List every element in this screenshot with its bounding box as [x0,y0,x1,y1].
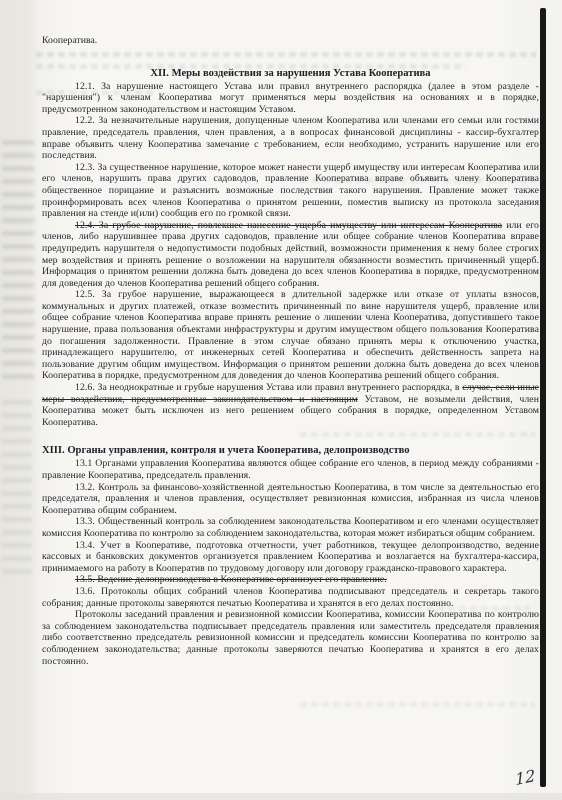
paragraph: 13.5. Ведение делопроизводства в Коопера… [42,574,539,586]
text-segment: 13.4. Учет в Кооперативе, подготовка отч… [42,540,539,574]
section-xiii: XIII. Органы управления, контроля и учет… [42,444,539,667]
text-segment: 12.3. За существенное нарушение, которое… [42,162,539,219]
text-segment: 12.5. За грубое нарушение, выражающееся … [42,289,539,381]
section-xii-heading: XII. Меры воздействия за нарушения Устав… [42,67,539,80]
text-segment: 13.1 Органами управления Кооператива явл… [42,458,539,481]
section-xiii-paragraphs: 13.1 Органами управления Кооператива явл… [42,458,539,667]
section-xiii-heading: XIII. Органы управления, контроля и учет… [42,444,539,457]
text-segment: 12.6. За неоднократные и грубые нарушени… [75,382,462,393]
paragraph: 13.3. Общественный контроль за соблюдени… [42,516,539,539]
struck-text-segment: 12.4. За грубое нарушение, повлекшее нан… [75,220,502,231]
paragraph: 12.6. За неоднократные и грубые нарушени… [42,382,539,428]
paragraph: 13.2. Контроль за финансово-хозяйственно… [42,482,539,517]
paragraph: 12.4. За грубое нарушение, повлекшее нан… [42,220,539,290]
scan-binding-line [540,8,546,787]
paragraph: 12.5. За грубое нарушение, выражающееся … [42,289,539,382]
text-segment: 12.2. За незначительные нарушения, допущ… [42,115,539,161]
paragraph: 13.4. Учет в Кооперативе, подготовка отч… [42,540,539,575]
continuation-text: Кооператива. [42,35,539,47]
page-content: Кооператива. XII. Меры воздействия за на… [42,0,539,667]
paragraph: 12.2. За незначительные нарушения, допущ… [42,115,539,161]
paragraph: 13.6. Протоколы общих собраний членов Ко… [42,586,539,609]
scanner-bed-edge [0,793,562,800]
text-segment: 13.3. Общественный контроль за соблюдени… [42,516,539,539]
bleedthrough-mark [300,702,535,707]
section-xii-paragraphs: 12.1. За нарушение настоящего Устава или… [42,81,539,429]
text-segment: 13.6. Протоколы общих собраний членов Ко… [42,586,539,609]
section-xii: XII. Меры воздействия за нарушения Устав… [42,67,539,429]
text-segment: 13.2. Контроль за финансово-хозяйственно… [42,482,539,516]
bleedthrough-mark [2,140,34,380]
paragraph: 12.1. За нарушение настоящего Устава или… [42,81,539,116]
bleedthrough-mark [2,400,32,580]
struck-text-segment: 13.5. Ведение делопроизводства в Коопера… [75,574,387,585]
paragraph: 12.3. За существенное нарушение, которое… [42,162,539,220]
handwritten-page-number: 12 [514,766,535,789]
paragraph: 13.1 Органами управления Кооператива явл… [42,458,539,481]
text-segment: Протоколы заседаний правления и ревизион… [42,609,539,666]
paragraph: Протоколы заседаний правления и ревизион… [42,609,539,667]
text-segment: 12.1. За нарушение настоящего Устава или… [42,81,539,115]
